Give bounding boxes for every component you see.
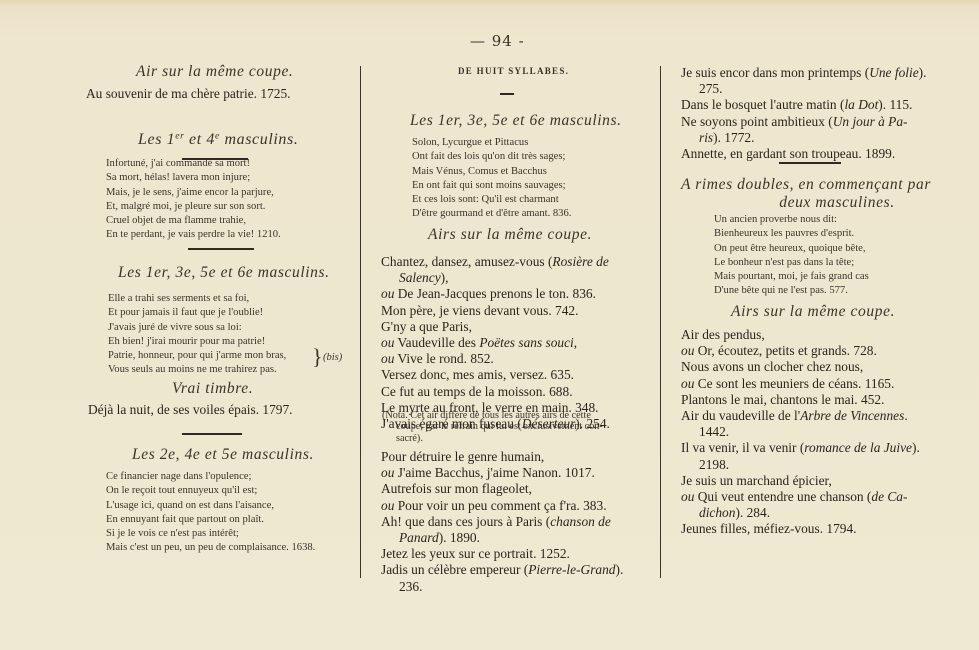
air-entry: ou Pour voir un peu comment ça f'ra. 383… [381,498,623,514]
verse-block: Solon, Lycurgue et Pittacus Ont fait des… [412,136,571,222]
verse-block-1: Infortuné, j'ai commandé sa mort! Sa mor… [106,157,281,243]
airs-list-1: Chantez, dansez, amusez-vous (Rosière de… [381,254,610,432]
verse-line: D'une bête qui ne l'est pas. 577. [714,284,869,298]
verse-line: En te perdant, je vais perdre la vie! 12… [106,228,281,242]
heading-rimes-doubles: A rimes doubles, en commençant par deux … [681,176,931,212]
air-entry: Air des pendus, [681,327,920,343]
nota-line: coupe, par le refrain qui lui est exclus… [382,421,603,432]
heading-1er-4e-masculins: Les 1er et 4e masculins. [138,131,298,149]
heading-vrai-timbre: Vrai timbre. [172,380,253,398]
airs-list-2: Pour détruire le genre humain, ou J'aime… [381,449,623,595]
heading-airs-meme-coupe: Airs sur la même coupe. [428,226,592,244]
air-entry: ou Vaudeville des Poëtes sans souci, [381,335,610,351]
heading-airs-meme-coupe: Airs sur la même coupe. [731,303,895,321]
air-entry: Ne soyons point ambitieux (Un jour à Pa- [681,114,926,130]
air-entry: ou De Jean-Jacques prenons le ton. 836. [381,286,610,302]
verse-line: Vous seuls au moins ne me trahirez pas. [108,363,286,377]
page-number: — 94 - [470,32,525,50]
verse-line: Un ancien proverbe nous dit: [714,213,869,227]
verse-line: Bienheureux les pauvres d'esprit. [714,227,869,241]
bis-label: (bis) [323,352,342,363]
air-entry: dichon). 284. [681,505,920,521]
verse-line: Et pour jamais il faut que je l'oublie! [108,306,286,320]
air-entry: Ah! que dans ces jours à Paris (chanson … [381,514,623,530]
verse-line: Ce financier nage dans l'opulence; [106,470,315,484]
verse-block-3: Ce financier nage dans l'opulence; On le… [106,470,315,556]
heading-air-meme-coupe: Air sur la même coupe. [136,63,293,81]
air-entry: Annette, en gardant son troupeau. 1899. [681,146,926,162]
verse-line: On le reçoit tout ennuyeux qu'il est; [106,484,315,498]
verse-line: Elle a trahi ses serments et sa foi, [108,292,286,306]
column-rule-left [360,66,361,578]
air-entry: Ce fut au temps de la moisson. 688. [381,384,610,400]
air-entry: 236. [381,579,623,595]
air-entry: Dans le bosquet l'autre matin (la Dot). … [681,97,926,113]
air-entry: Mon père, je viens devant vous. 742. [381,303,610,319]
verse-line: Eh bien! j'irai mourir pour ma patrie! [108,335,286,349]
heading-2e-4e-5e-masculins: Les 2e, 4e et 5e masculins. [132,446,314,464]
air-entry: Air du vaudeville de l'Arbre de Vincenne… [681,408,920,424]
separator [182,433,242,435]
nota-line: (Nota. Cet air diffère de tous les autre… [382,410,603,421]
verse-line: Mais c'est un peu, un peu de complaisanc… [106,541,315,555]
air-entry: ou J'aime Bacchus, j'aime Nanon. 1017. [381,465,623,481]
heading-line: deux masculines. [681,194,931,212]
verse-line: On peut être heureux, quoique bête, [714,242,869,256]
verse-line: En ont fait qui sont moins sauvages; [412,179,571,193]
verse-line: Si je le vois ce n'est pas intérêt; [106,527,315,541]
air-line: Déjà la nuit, de ses voiles épais. 1797. [88,402,293,418]
verse-line: Infortuné, j'ai commandé sa mort! [106,157,281,171]
air-entry: 1442. [681,424,920,440]
verse-line: Le bonheur n'est pas dans la tête; [714,256,869,270]
air-entry: G'ny a que Paris, [381,319,610,335]
air-entry: Jadis un célèbre empereur (Pierre-le-Gra… [381,562,623,578]
verse-line: En ennuyant fait que partout on plaît. [106,513,315,527]
air-entry: Salency), [381,270,610,286]
air-entry: ris). 1772. [681,130,926,146]
verse-line: Ont fait des lois qu'on dit très sages; [412,150,571,164]
verse-line: Cruel objet de ma flamme trahie, [106,214,281,228]
bracket: } [312,346,323,368]
nota-note: (Nota. Cet air diffère de tous les autre… [382,410,603,444]
air-entry: Plantons le mai, chantons le mai. 452. [681,392,920,408]
separator [779,162,841,164]
verse-line: Patrie, honneur, pour qui j'arme mon bra… [108,349,286,363]
verse-line: L'usage ici, quand on est dans l'aisance… [106,499,315,513]
air-entry: Je suis encor dans mon printemps (Une fo… [681,65,926,81]
airs-list-2: Air des pendus, ou Or, écoutez, petits e… [681,327,920,538]
air-entry: Jetez les yeux sur ce portrait. 1252. [381,546,623,562]
heading-1er-3e-5e-6e-masculins: Les 1er, 3e, 5e et 6e masculins. [410,112,622,130]
nota-line: sacré). [382,433,603,444]
verse-line: J'avais juré de vivre sous sa loi: [108,321,286,335]
verse-line: Mais pourtant, moi, je fais grand cas [714,270,869,284]
air-entry: 275. [681,81,926,97]
verse-line: Mais, je le sens, j'aime encor la parjur… [106,186,281,200]
air-entry: Je suis un marchand épicier, [681,473,920,489]
air-entry: Pour détruire le genre humain, [381,449,623,465]
separator [500,93,514,95]
air-entry: Jeunes filles, méfiez-vous. 1794. [681,521,920,537]
air-entry: Chantez, dansez, amusez-vous (Rosière de [381,254,610,270]
heading-1er-3e-5e-6e-masculins: Les 1er, 3e, 5e et 6e masculins. [118,264,330,282]
verse-line: Sa mort, hélas! lavera mon injure; [106,171,281,185]
verse-line: Solon, Lycurgue et Pittacus [412,136,571,150]
air-entry: ou Ce sont les meuniers de céans. 1165. [681,376,920,392]
verse-line: Et, malgré moi, je pleure sur son sort. [106,200,281,214]
airs-list-1: Je suis encor dans mon printemps (Une fo… [681,65,926,162]
air-entry: ou Vive le rond. 852. [381,351,610,367]
air-entry: ou Or, écoutez, petits et grands. 728. [681,343,920,359]
air-entry: ou Qui veut entendre une chanson (de Ca- [681,489,920,505]
air-entry: Autrefois sur mon flageolet, [381,481,623,497]
column-rule-right [660,66,661,578]
verse-block: Un ancien proverbe nous dit: Bienheureux… [714,213,869,299]
verse-line: D'être gourmand et d'être amant. 836. [412,207,571,221]
book-page: — 94 - Air sur la même coupe. Au souveni… [0,0,979,650]
heading-line: A rimes doubles, en commençant par [681,176,931,194]
air-entry: 2198. [681,457,920,473]
verse-line: Et ces lois sont: Qu'il est charmant [412,193,571,207]
air-entry: Versez donc, mes amis, versez. 635. [381,367,610,383]
air-entry: Nous avons un clocher chez nous, [681,359,920,375]
running-head: DE HUIT SYLLABES. [458,66,569,76]
verse-block-2: Elle a trahi ses serments et sa foi, Et … [108,292,286,378]
air-entry: Panard). 1890. [381,530,623,546]
air-entry: Il va venir, il va venir (romance de la … [681,440,920,456]
separator [188,248,254,250]
verse-line: Mais Vénus, Comus et Bacchus [412,165,571,179]
air-line: Au souvenir de ma chère patrie. 1725. [86,86,291,102]
